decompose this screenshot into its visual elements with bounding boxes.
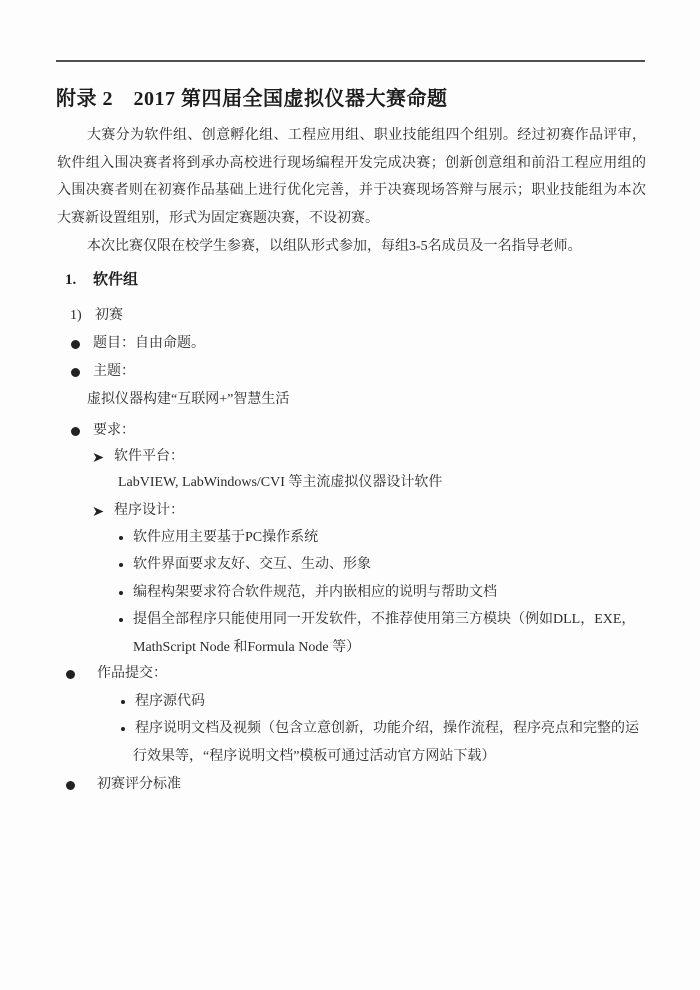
top-rule — [56, 60, 645, 62]
design-item: 编程构架要求符合软件规范，并内嵌相应的说明与帮助文档 — [119, 583, 497, 603]
dot-icon — [119, 591, 133, 595]
dot-icon — [119, 618, 133, 622]
theme-value: 虚拟仪器构建“互联网+”智慧生活 — [87, 390, 289, 410]
submission-label: 作品提交： — [97, 664, 167, 684]
bullet-icon — [71, 427, 93, 436]
bullet-icon — [66, 781, 97, 790]
platform-value: LabVIEW, LabWindows/CVI 等主流虚拟仪器设计软件 — [118, 473, 442, 493]
submission-item-text: 程序源代码 — [135, 692, 205, 712]
design-item: 提倡全部程序只能使用同一开发软件，不推荐使用第三方模块（例如DLL，EXE， — [119, 610, 635, 630]
submission-item: 程序源代码 — [121, 692, 205, 712]
bullet-icon — [71, 340, 93, 349]
submission-item: 程序说明文档及视频（包含立意创新，功能介绍，操作流程，程序亮点和完整的运 — [121, 719, 639, 739]
participation-note: 本次比赛仅限在校学生参赛，以组队形式参加，每组3-5名成员及一名指导老师。 — [87, 237, 582, 257]
dot-icon — [119, 563, 133, 567]
design-item: 软件应用主要基于PC操作系统 — [119, 528, 318, 548]
bullet-scoring: 初赛评分标准 — [66, 775, 181, 795]
bullet-icon — [66, 670, 97, 679]
submission-item-continuation: 行效果等，“程序说明文档”模板可通过活动官方网站下载） — [133, 747, 495, 767]
document-title: 附录 2 2017 第四届全国虚拟仪器大赛命题 — [56, 86, 448, 112]
topic-text: 题目：自由命题。 — [93, 334, 205, 354]
stage-title: 初赛 — [95, 306, 123, 326]
bullet-topic: 题目：自由命题。 — [71, 334, 205, 354]
submission-item-text: 程序说明文档及视频（包含立意创新，功能介绍，操作流程，程序亮点和完整的运 — [135, 719, 639, 739]
design-item-text: 软件应用主要基于PC操作系统 — [133, 528, 318, 548]
dot-icon — [121, 727, 135, 731]
platform-label: 软件平台： — [114, 447, 184, 467]
design-label: 程序设计： — [114, 501, 184, 521]
bullet-requirements: 要求： — [71, 421, 135, 441]
dot-icon — [119, 536, 133, 540]
stage-number: 1) — [70, 306, 95, 326]
design-item: 软件界面要求友好、交互、生动、形象 — [119, 555, 371, 575]
design-item-text: 软件界面要求友好、交互、生动、形象 — [133, 555, 371, 575]
document-page: 附录 2 2017 第四届全国虚拟仪器大赛命题 大赛分为软件组、创意孵化组、工程… — [0, 0, 700, 990]
dot-icon — [121, 700, 135, 704]
requirements-label: 要求： — [93, 421, 135, 441]
scoring-label: 初赛评分标准 — [97, 775, 181, 795]
intro-line-2: 软件组入围决赛者将到承办高校进行现场编程开发完成决赛；创新创意组和前沿工程应用组… — [57, 154, 646, 174]
intro-line-4: 大赛新设置组别，形式为固定赛题决赛，不设初赛。 — [57, 209, 379, 229]
bullet-theme: 主题： — [71, 362, 135, 382]
arrow-icon — [92, 451, 114, 464]
intro-line-3: 入围决赛者则在初赛作品基础上进行优化完善，并于决赛现场答辩与展示；职业技能组为本… — [57, 181, 646, 201]
section-title: 软件组 — [93, 270, 138, 291]
arrow-icon — [92, 505, 114, 518]
theme-label: 主题： — [93, 362, 135, 382]
design-item-text: 提倡全部程序只能使用同一开发软件，不推荐使用第三方模块（例如DLL，EXE， — [133, 610, 635, 630]
design-item-text: 编程构架要求符合软件规范，并内嵌相应的说明与帮助文档 — [133, 583, 497, 603]
intro-line-1: 大赛分为软件组、创意孵化组、工程应用组、职业技能组四个组别。经过初赛作品评审， — [87, 126, 646, 146]
bullet-submission: 作品提交： — [66, 664, 167, 684]
arrow-design: 程序设计： — [92, 501, 184, 521]
design-item-continuation: MathScript Node 和Formula Node 等） — [133, 638, 360, 658]
section-heading: 1. 软件组 — [65, 270, 138, 291]
stage-heading: 1) 初赛 — [70, 306, 123, 326]
section-number: 1. — [65, 270, 93, 291]
bullet-icon — [71, 368, 93, 377]
arrow-platform: 软件平台： — [92, 447, 184, 467]
